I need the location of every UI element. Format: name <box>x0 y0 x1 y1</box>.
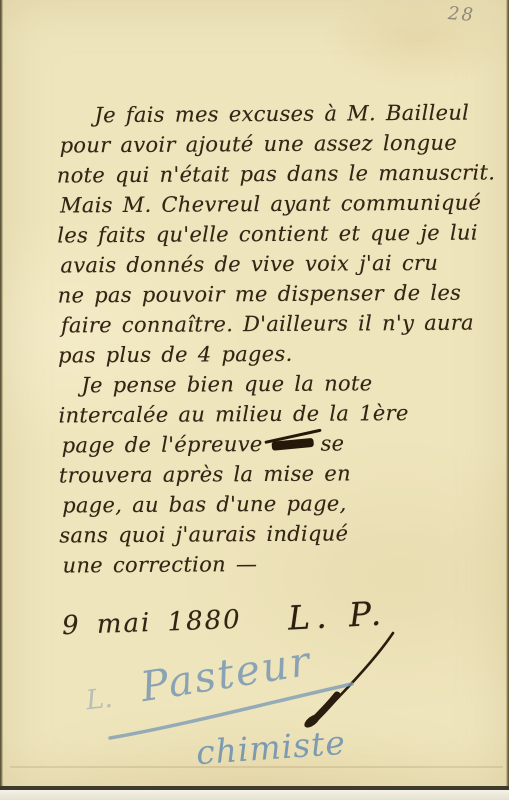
letter-line-with-strikeout: page de l'épreuvese <box>62 428 479 461</box>
letter-line: faire connaître. D'ailleurs il n'y aura <box>61 308 478 341</box>
letter-line: Je pense bien que la note <box>61 368 478 401</box>
letter-line: trouvera après la mise en <box>59 458 479 491</box>
letter-line: sans quoi j'aurais indiqué <box>59 518 479 551</box>
letter-line: avais donnés de vive voix j'ai cru <box>60 248 477 281</box>
letter-text: se <box>320 431 344 455</box>
letter-line: Mais M. Chevreul ayant communiqué <box>60 188 477 221</box>
letter-text: page de l'épreuve <box>62 432 263 457</box>
scan-background-strip <box>0 790 509 800</box>
letter-line: intercalée au milieu de la 1ère <box>58 398 478 431</box>
letter-line: une correction — <box>62 548 479 581</box>
letter-line: pas plus de 4 pages. <box>58 338 478 371</box>
letter-line: page, au bas d'une page, <box>62 488 479 521</box>
letter-line: Je fais mes excuses à M. Bailleul <box>56 98 476 131</box>
paper-edge-left <box>0 0 3 788</box>
letter-line: les faits qu'elle contient et que je lui <box>57 218 477 251</box>
letter-line: ne pas pouvoir me dispenser de les <box>58 278 478 311</box>
struck-out-word <box>271 438 314 451</box>
letter-line: pour avoir ajouté une assez longue <box>60 128 477 161</box>
letter-page: 28 Je fais mes excuses à M. Bailleul pou… <box>0 0 509 800</box>
letter-line: note qui n'était pas dans le manuscrit. <box>57 158 477 191</box>
letter-date: 9 mai 1880 <box>62 605 243 641</box>
letter-body: Je fais mes excuses à M. Bailleul pour a… <box>56 98 479 581</box>
page-number: 28 <box>447 3 475 26</box>
